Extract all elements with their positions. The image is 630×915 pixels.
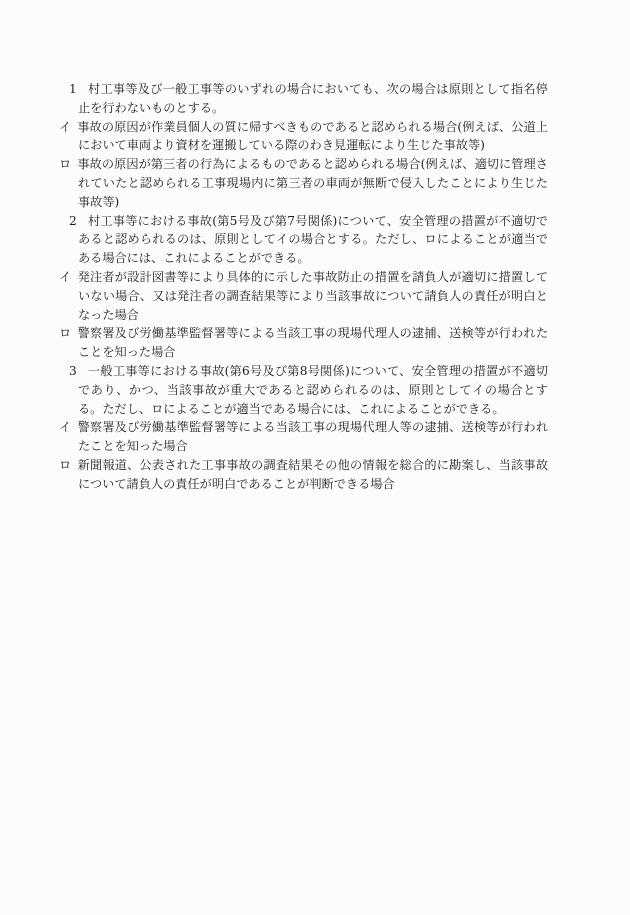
item-paragraph: 1村工事等及び一般工事等のいずれの場合においても、次の場合は原則として指名停止を… <box>78 80 548 118</box>
sub-item-text: 新聞報道、公表された工事事故の調査結果その他の情報を総合的に勘案し、当該事故につ… <box>77 458 548 491</box>
sub-item-label: ロ <box>59 458 71 472</box>
list-item-1: 1村工事等及び一般工事等のいずれの場合においても、次の場合は原則として指名停止を… <box>78 80 548 212</box>
sub-item-paragraph: ロ警察署及び労働基準監督署等による当該工事の現場代理人の逮捕、送検等が行われたこ… <box>78 324 548 362</box>
sub-item-text: 事故の原因が第三者の行為によるものであると認められる場合(例えば、適切に管理され… <box>77 157 548 209</box>
sub-item-label: イ <box>59 270 71 284</box>
item-paragraph: 3一般工事等における事故(第6号及び第8号関係)について、安全管理の措置が不適切… <box>78 362 548 418</box>
sub-item-paragraph: ロ新聞報道、公表された工事事故の調査結果その他の情報を総合的に勘案し、当該事故に… <box>78 456 548 494</box>
list-item-2: 2村工事等における事故(第5号及び第7号関係)について、安全管理の措置が不適切で… <box>78 212 548 362</box>
document-canvas: { "page": { "background": "#fcfcfc", "te… <box>0 0 630 915</box>
sub-item-paragraph: イ発注者が設計図書等により具体的に示した事故防止の措置を請負人が適切に措置してい… <box>78 268 548 324</box>
sub-item-paragraph: イ警察署及び労働基準監督署等による当該工事の現場代理人等の逮捕、送検等が行われた… <box>78 418 548 456</box>
sub-item-paragraph: イ事故の原因が作業員個人の質に帰すべきものであると認められる場合(例えば、公道上… <box>78 118 548 156</box>
list-item-3: 3一般工事等における事故(第6号及び第8号関係)について、安全管理の措置が不適切… <box>78 362 548 494</box>
sub-item-label: ロ <box>59 157 71 171</box>
item-text: 村工事等における事故(第5号及び第7号関係)について、安全管理の措置が不適切であ… <box>78 214 548 266</box>
item-number: 3 <box>69 364 77 378</box>
item-text: 一般工事等における事故(第6号及び第8号関係)について、安全管理の措置が不適切で… <box>78 364 548 416</box>
item-text: 村工事等及び一般工事等のいずれの場合においても、次の場合は原則として指名停止を行… <box>78 82 548 115</box>
sub-item-label: イ <box>59 120 71 134</box>
item-number: 2 <box>69 214 77 228</box>
sub-item-text: 警察署及び労働基準監督署等による当該工事の現場代理人等の逮捕、送検等が行われたこ… <box>77 420 548 453</box>
item-number: 1 <box>69 82 77 96</box>
sub-item-label: イ <box>59 420 71 434</box>
sub-item-text: 発注者が設計図書等により具体的に示した事故防止の措置を請負人が適切に措置していな… <box>77 270 548 322</box>
sub-item-text: 事故の原因が作業員個人の質に帰すべきものであると認められる場合(例えば、公道上に… <box>77 120 548 153</box>
sub-item-label: ロ <box>59 326 71 340</box>
sub-item-paragraph: ロ事故の原因が第三者の行為によるものであると認められる場合(例えば、適切に管理さ… <box>78 155 548 211</box>
sub-item-text: 警察署及び労働基準監督署等による当該工事の現場代理人の逮捕、送検等が行われたこと… <box>77 326 548 359</box>
item-paragraph: 2村工事等における事故(第5号及び第7号関係)について、安全管理の措置が不適切で… <box>78 212 548 268</box>
document-page: 1村工事等及び一般工事等のいずれの場合においても、次の場合は原則として指名停止を… <box>78 80 548 494</box>
